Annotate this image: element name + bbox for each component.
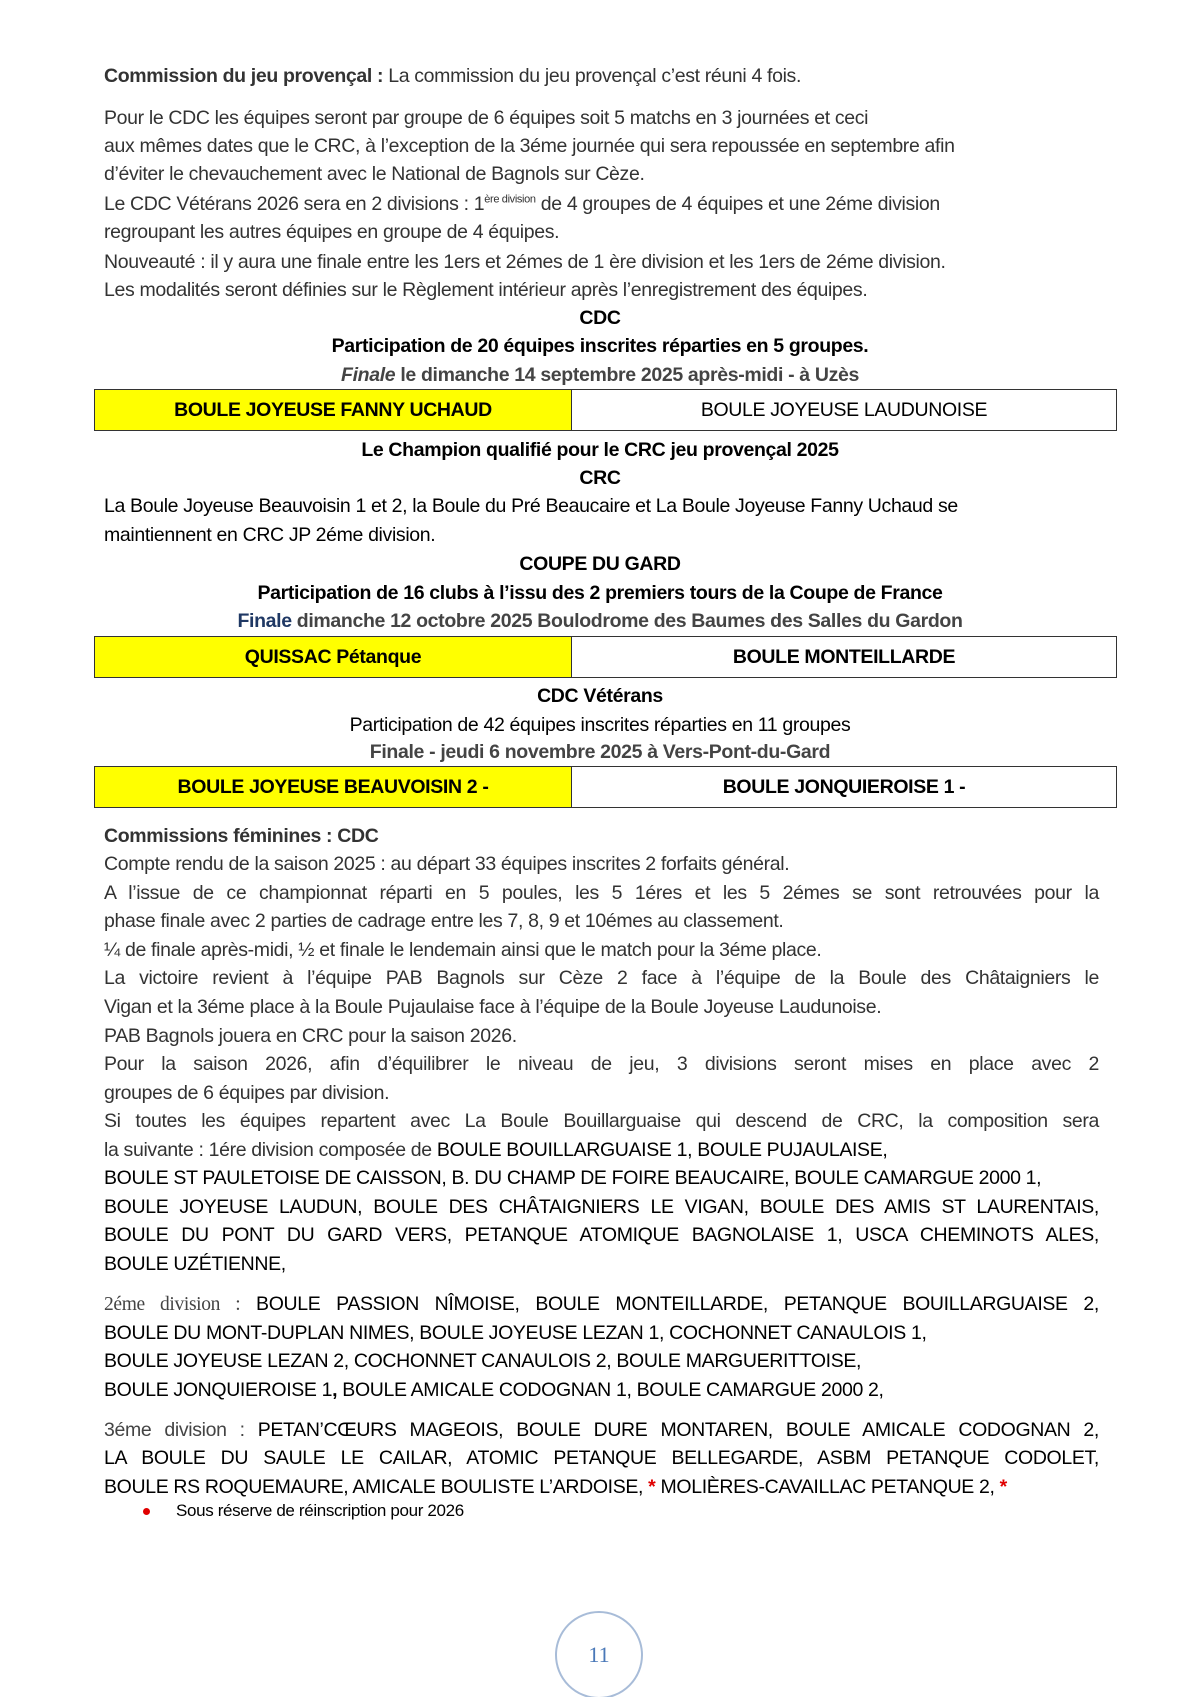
paragraph-line: Les modalités seront définies sur le Règ… — [104, 276, 867, 304]
paragraph-line: PAB Bagnols jouera en CRC pour la saison… — [104, 1022, 517, 1050]
division-2-line: BOULE DU MONT-DUPLAN NIMES, BOULE JOYEUS… — [104, 1319, 927, 1347]
paragraph-line: la suivante : 1ére division composée de … — [104, 1136, 887, 1164]
cdc-title: CDC — [0, 304, 1200, 332]
paragraph-line: Vigan et la 3éme place à la Boule Pujaul… — [104, 993, 881, 1021]
paragraph-line: ¼ de finale après-midi, ½ et finale le l… — [104, 936, 821, 964]
crc-title: CRC — [0, 464, 1200, 492]
winner-cell: BOULE JOYEUSE BEAUVOISIN 2 - — [95, 767, 572, 807]
paragraph-line: Nouveauté : il y aura une finale entre l… — [104, 248, 946, 276]
division-2-line: BOULE JOYEUSE LEZAN 2, COCHONNET CANAULO… — [104, 1347, 861, 1375]
division-3-label: 3éme division : — [104, 1419, 245, 1441]
paragraph-line: regroupant les autres équipes en groupe … — [104, 218, 559, 246]
paragraph-line: Pour la saison 2026, afin d’équilibrer l… — [104, 1050, 1099, 1078]
cdc-veterans-finale: Finale - jeudi 6 novembre 2025 à Vers-Po… — [0, 738, 1200, 766]
coupe-gard-title: COUPE DU GARD — [0, 550, 1200, 578]
paragraph-line: aux mêmes dates que le CRC, à l’exceptio… — [104, 132, 955, 160]
section-heading: Commission du jeu provençal : — [104, 65, 383, 87]
jeu-provencal-intro: Commission du jeu provençal : La commiss… — [104, 62, 801, 90]
cdc-final-table: BOULE JOYEUSE FANNY UCHAUD BOULE JOYEUSE… — [94, 389, 1117, 431]
asterisk-mark: * — [1000, 1476, 1007, 1498]
runner-up-cell: BOULE JOYEUSE LAUDUNOISE — [572, 390, 1116, 430]
coupe-gard-final-table: QUISSAC Pétanque BOULE MONTEILLARDE — [94, 636, 1117, 678]
footnote: Sous réserve de réinscription pour 2026 — [176, 1497, 464, 1525]
division-1-line: BOULE DU PONT DU GARD VERS, PETANQUE ATO… — [104, 1221, 1099, 1249]
division-1-line: BOULE ST PAULETOISE DE CAISSON, B. DU CH… — [104, 1164, 1041, 1192]
paragraph-line: phase finale avec 2 parties de cadrage e… — [104, 907, 784, 935]
paragraph-line: La victoire revient à l’équipe PAB Bagno… — [104, 964, 1099, 992]
page-number: 11 — [555, 1611, 643, 1697]
feminines-heading: Commissions féminines : CDC — [104, 822, 378, 850]
paragraph-line: maintiennent en CRC JP 2éme division. — [104, 521, 435, 549]
paragraph-line: Si toutes les équipes repartent avec La … — [104, 1107, 1099, 1135]
coupe-gard-participation: Participation de 16 clubs à l’issu des 2… — [0, 579, 1200, 607]
cdc-finale: Finale le dimanche 14 septembre 2025 apr… — [0, 361, 1200, 389]
paragraph-line: A l’issue de ce championnat réparti en 5… — [104, 879, 1099, 907]
cdc-note: Le Champion qualifié pour le CRC jeu pro… — [0, 436, 1200, 464]
cdc-veterans-participation: Participation de 42 équipes inscrites ré… — [0, 711, 1200, 739]
cdc-veterans-final-table: BOULE JOYEUSE BEAUVOISIN 2 - BOULE JONQU… — [94, 766, 1117, 808]
division-1-line: BOULE JOYEUSE LAUDUN, BOULE DES CHÂTAIGN… — [104, 1193, 1099, 1221]
runner-up-cell: BOULE JONQUIEROISE 1 - — [572, 767, 1116, 807]
coupe-gard-finale: Finale dimanche 12 octobre 2025 Boulodro… — [0, 607, 1200, 635]
runner-up-cell: BOULE MONTEILLARDE — [572, 637, 1116, 677]
paragraph-line: groupes de 6 équipes par division. — [104, 1079, 389, 1107]
division-2-line: BOULE JONQUIEROISE 1, BOULE AMICALE CODO… — [104, 1376, 884, 1404]
paragraph-line: d’éviter le chevauchement avec le Nation… — [104, 160, 645, 188]
paragraph-line: Compte rendu de la saison 2025 : au dépa… — [104, 850, 789, 878]
winner-cell: QUISSAC Pétanque — [95, 637, 572, 677]
bullet-icon — [143, 1508, 150, 1515]
winner-cell: BOULE JOYEUSE FANNY UCHAUD — [95, 390, 572, 430]
paragraph-line: Le CDC Vétérans 2026 sera en 2 divisions… — [104, 190, 940, 218]
division-2-label: 2éme division : — [104, 1294, 240, 1315]
division-3-line: 3éme division : PETAN’CŒURS MAGEOIS, BOU… — [104, 1416, 1099, 1444]
paragraph-line: La Boule Joyeuse Beauvoisin 1 et 2, la B… — [104, 492, 958, 520]
cdc-veterans-title: CDC Vétérans — [0, 682, 1200, 710]
division-2-line: 2éme division : BOULE PASSION NÎMOISE, B… — [104, 1290, 1099, 1319]
document-page: Commission du jeu provençal : La commiss… — [0, 0, 1200, 1697]
division-3-line: LA BOULE DU SAULE LE CAILAR, ATOMIC PETA… — [104, 1444, 1099, 1472]
division-1-line: BOULE UZÉTIENNE, — [104, 1250, 286, 1278]
paragraph-line: Pour le CDC les équipes seront par group… — [104, 104, 868, 132]
cdc-participation: Participation de 20 équipes inscrites ré… — [0, 332, 1200, 360]
